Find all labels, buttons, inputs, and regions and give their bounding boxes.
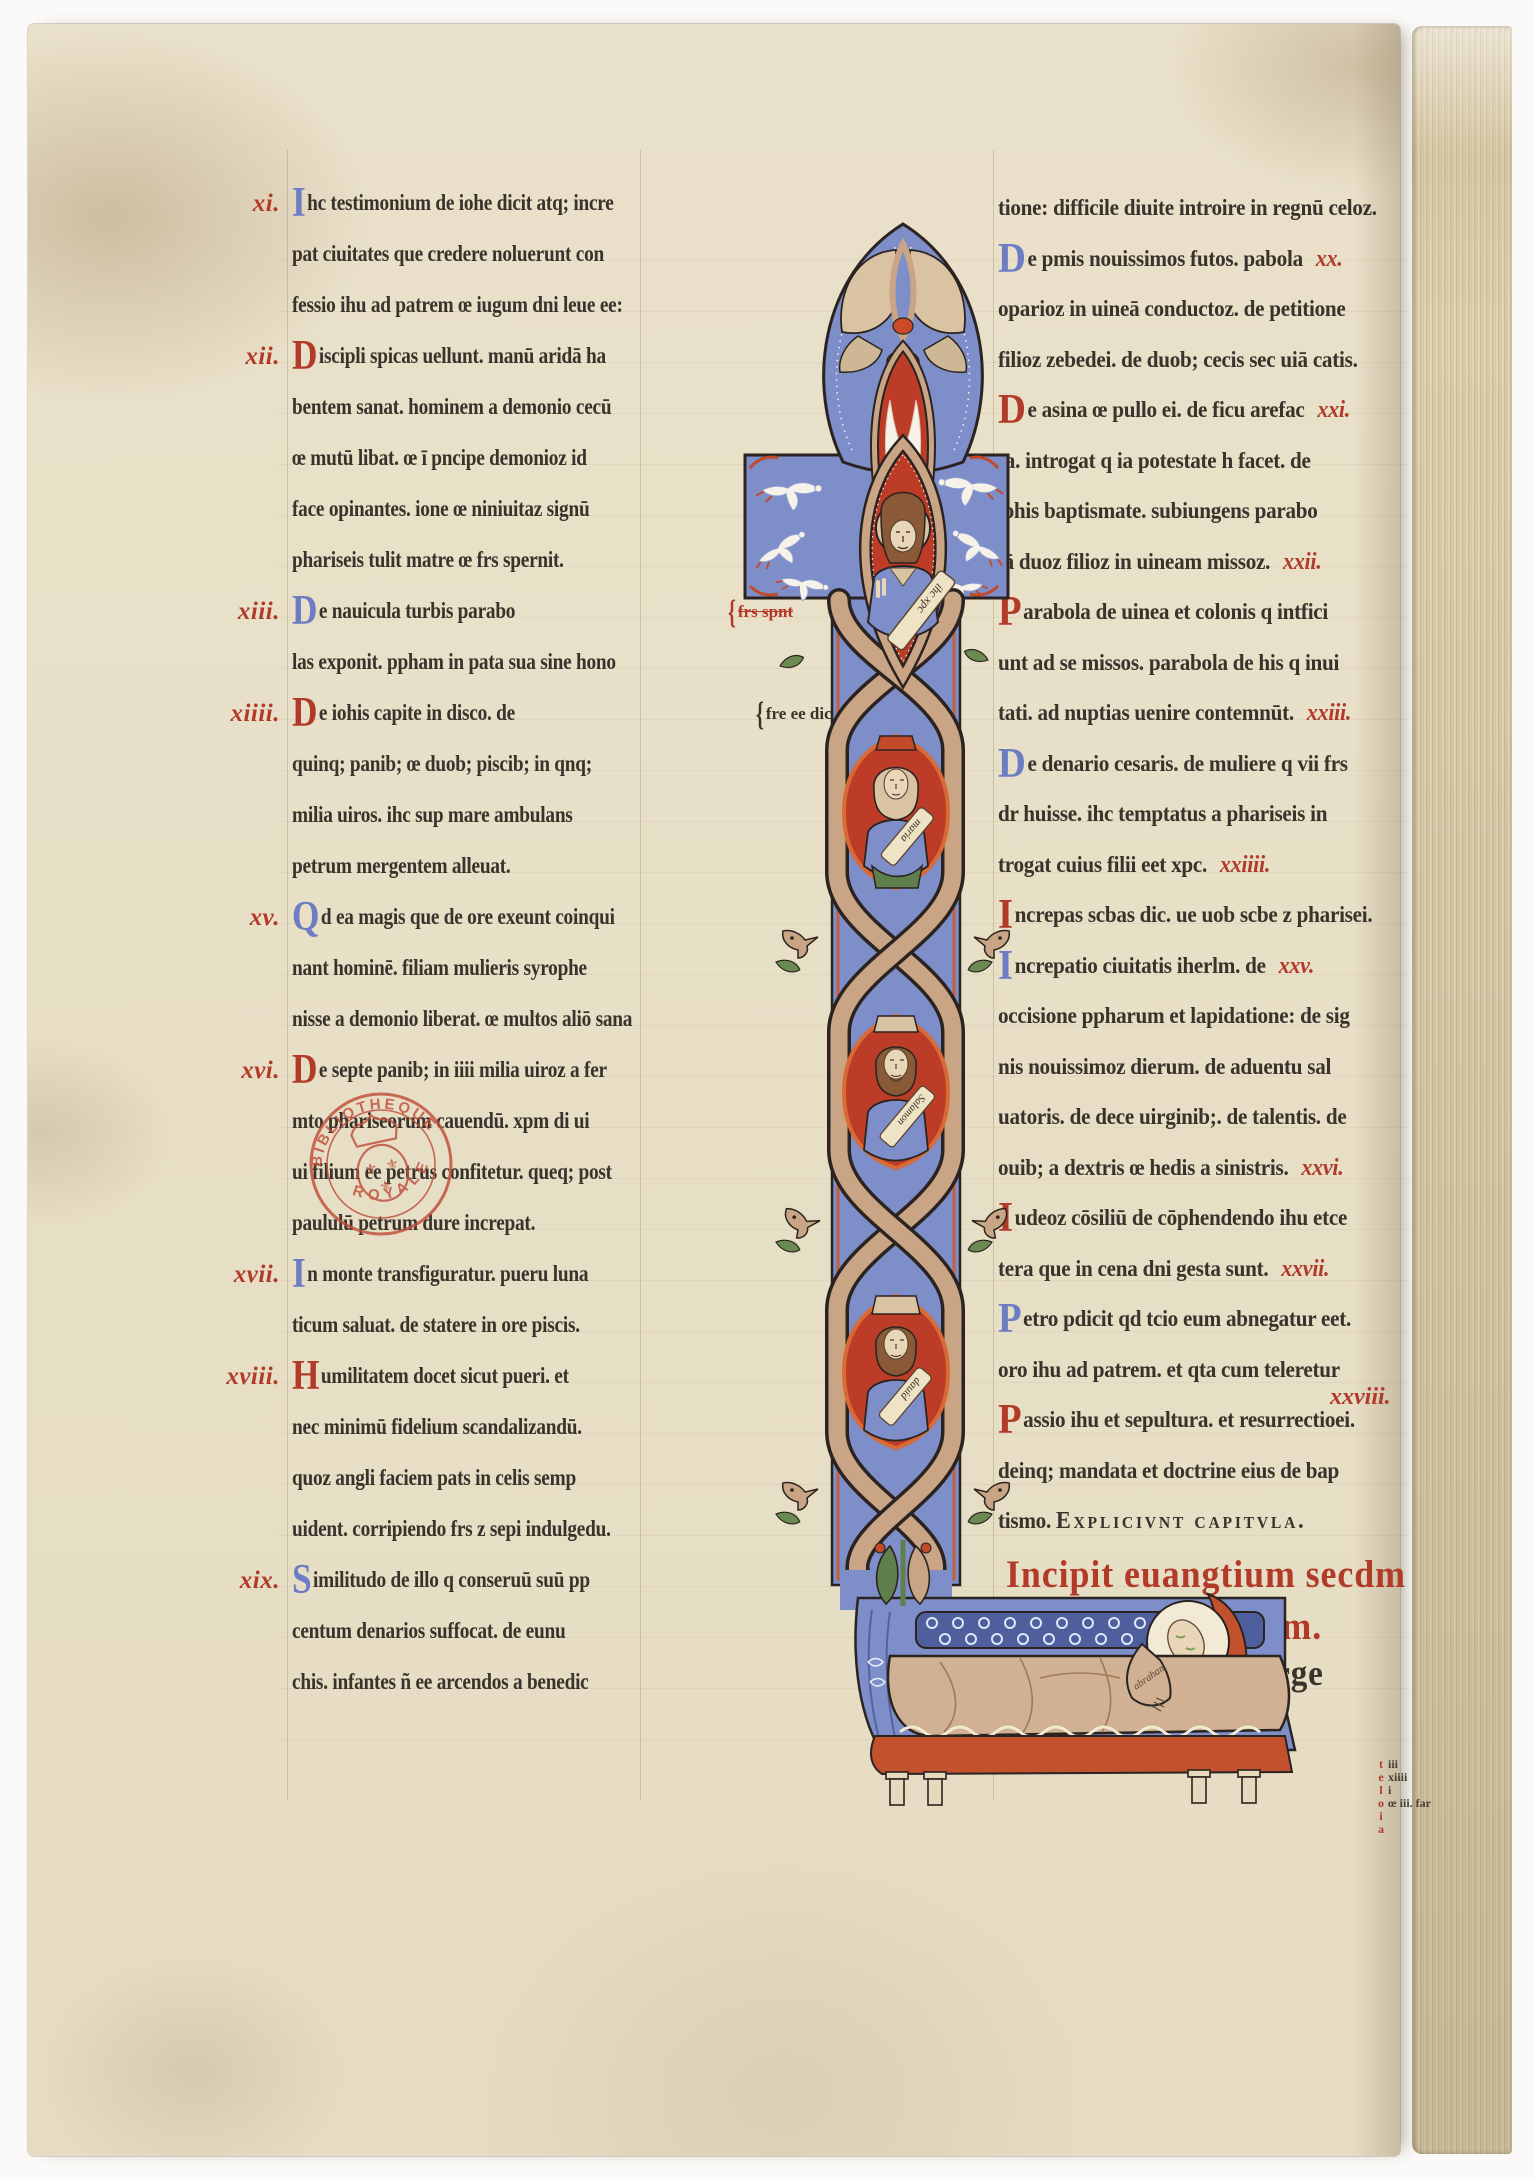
marginal-note-red-column: teloia <box>1378 1758 1384 1836</box>
bed-legs <box>886 1770 1260 1805</box>
marginal-note-glyph: a <box>1378 1823 1384 1836</box>
line-text: milia uiros. ihc sup mare ambulans <box>292 802 573 828</box>
capitulum-entry: xix.Similitudo de illo q conseruū suū pp <box>292 1567 647 1615</box>
line-text: Humilitatem docet sicut pueri. et <box>292 1363 569 1389</box>
text-line: uident. corripiendo frs z sepi indulgedu… <box>292 1516 671 1564</box>
line-text: face opinantes. ione œ niniuitaz signū <box>292 496 589 522</box>
line-text: nisse a demonio liberat. œ multos aliō s… <box>292 1006 632 1032</box>
text-line: nisse a demonio liberat. œ multos aliō s… <box>292 1006 697 1054</box>
crown <box>876 736 916 750</box>
svg-text:⚜: ⚜ <box>362 1159 379 1179</box>
colored-initial: D <box>292 588 317 634</box>
text-line: pat ciuitates que credere noluerunt con <box>292 241 663 289</box>
line-text: Discipli spicas uellunt. manū aridā ha <box>292 343 606 369</box>
text-line: milia uiros. ihc sup mare ambulans <box>292 802 626 850</box>
ruling-vertical-left <box>287 150 288 1800</box>
manuscript-photo: xi.Ihc testimonium de iohe dicit atq; in… <box>0 0 1535 2180</box>
medallion-david: dauid <box>844 1296 948 1448</box>
text-line: nec minimū fidelium scandalizandū. <box>292 1414 637 1462</box>
colored-initial: H <box>292 1353 319 1399</box>
line-text: œ mutū libat. œ ī pncipe demonioz id <box>292 445 587 471</box>
marginal-note-black-column: iiixiiiiiœ iii. far <box>1388 1758 1431 1836</box>
capitulum-entry: xiiii.De iohis capite in disco. de{fre e… <box>292 700 557 748</box>
colored-initial: I <box>292 180 305 226</box>
text-line: bentem sanat. hominem a demonio cecū <box>292 394 672 442</box>
chapter-numeral: xviii. <box>188 1363 280 1391</box>
capitulum-entry: xiii.De nauicula turbis parabo{frs spnt <box>292 598 558 646</box>
line-text: Qd ea magis que de ore exeunt coinqui <box>292 904 615 930</box>
line-text: nec minimū fidelium scandalizandū. <box>292 1414 582 1440</box>
colored-initial: D <box>292 333 317 379</box>
line-text: Similitudo de illo q conseruū suū pp <box>292 1567 590 1593</box>
marginal-note-glyph: œ iii. far <box>1388 1797 1431 1810</box>
marginal-note-glyph: xiiii <box>1388 1771 1431 1784</box>
bibliotheque-royale-stamp: ⚜ ⚜ ⚜ BIBLIOTHEQUE ROYALE <box>305 1088 457 1240</box>
line-text: ticum saluat. de statere in ore piscis. <box>292 1312 580 1338</box>
crown <box>874 1016 918 1032</box>
medallion-salomon: Salamon <box>844 1016 948 1168</box>
chapter-numeral: xi. <box>188 190 280 218</box>
chapter-numeral: xix. <box>188 1567 280 1595</box>
chapter-numeral: xiii. <box>188 598 280 626</box>
svg-text:⚜: ⚜ <box>384 1154 401 1174</box>
line-text: In monte transfiguratur. pueru luna <box>292 1261 588 1287</box>
line-text: quoz angli faciem pats in celis semp <box>292 1465 576 1491</box>
line-text: centum denarios suffocat. de eunu <box>292 1618 565 1644</box>
colored-initial: D <box>292 1047 317 1093</box>
text-line: nant hominē. filiam mulieris syrophe <box>292 955 643 1003</box>
capitulum-entry: xv.Qd ea magis que de ore exeunt coinqui <box>292 904 676 952</box>
capitulum-entry: xviii.Humilitatem docet sicut pueri. et <box>292 1363 621 1411</box>
text-line: fessio ihu ad patrem œ iugum dni leue ee… <box>292 292 686 340</box>
text-line: quoz angli faciem pats in celis semp <box>292 1465 630 1513</box>
chapter-numeral: xxiii. <box>1307 700 1351 726</box>
bed-frame <box>871 1736 1292 1774</box>
colored-initial: Q <box>292 894 319 940</box>
line-text: De iohis capite in disco. de <box>292 700 515 726</box>
crown <box>872 1296 920 1314</box>
line-text: petrum mergentem alleuat. <box>292 853 511 879</box>
jesse-tree-sprout <box>875 1540 931 1606</box>
text-line: chis. infantes ñ ee arcendos a benedic <box>292 1669 645 1717</box>
line-text: bentem sanat. hominem a demonio cecū <box>292 394 611 420</box>
text-line: phariseis tulit matre œ frs spernit. <box>292 547 616 595</box>
text-line: face opinantes. ione œ niniuitaz signū <box>292 496 646 544</box>
text-line: petrum mergentem alleuat. <box>292 853 552 901</box>
chapter-numeral: xx. <box>1316 246 1343 272</box>
colored-initial: I <box>292 1251 305 1297</box>
text-line: las exponit. ppham in pata sua sine hono <box>292 649 678 697</box>
text-line: centum denarios suffocat. de eunu <box>292 1618 618 1666</box>
chapter-numeral: xv. <box>188 904 280 932</box>
chapter-numeral: xii. <box>188 343 280 371</box>
line-text: quinq; panib; œ duob; piscib; in qnq; <box>292 751 592 777</box>
text-line: quinq; panib; œ duob; piscib; in qnq; <box>292 751 649 799</box>
medallion-maria: maria <box>844 736 948 888</box>
line-text: chis. infantes ñ ee arcendos a benedic <box>292 1669 589 1695</box>
blanket <box>888 1656 1289 1736</box>
marginal-note: teloia iiixiiiiiœ iii. far <box>1378 1758 1431 1836</box>
text-line: œ mutū libat. œ ī pncipe demonioz id <box>292 445 643 493</box>
line-text: De septe panib; in iiii milia uiroz a fe… <box>292 1057 607 1083</box>
initial-foot-bed: abraham <box>840 1540 1295 1805</box>
chapter-numeral: xvi. <box>188 1057 280 1085</box>
chapter-numeral: xiiii. <box>188 700 280 728</box>
chapter-numeral: xxi. <box>1317 397 1350 423</box>
chapter-numeral: xvii. <box>188 1261 280 1289</box>
line-text: nant hominē. filiam mulieris syrophe <box>292 955 587 981</box>
line-text: fessio ihu ad patrem œ iugum dni leue ee… <box>292 292 623 318</box>
illuminated-initial-L: ihc xpc maria Salamo <box>740 150 1310 1830</box>
capitulum-entry: xi.Ihc testimonium de iohe dicit atq; in… <box>292 190 675 238</box>
line-text: Ihc testimonium de iohe dicit atq; incre <box>292 190 614 216</box>
text-line: ticum saluat. de statere in ore piscis. <box>292 1312 635 1360</box>
colored-initial: S <box>292 1557 311 1603</box>
line-text: phariseis tulit matre œ frs spernit. <box>292 547 564 573</box>
line-text: De nauicula turbis parabo <box>292 598 515 624</box>
capitulum-entry: xvii.In monte transfiguratur. pueru luna <box>292 1261 645 1309</box>
line-text: uident. corripiendo frs z sepi indulgedu… <box>292 1516 611 1542</box>
colored-initial: D <box>292 690 317 736</box>
capitulum-entry: xii.Discipli spicas uellunt. manū aridā … <box>292 343 666 391</box>
line-text: pat ciuitates que credere noluerunt con <box>292 241 604 267</box>
line-text: las exponit. ppham in pata sua sine hono <box>292 649 616 675</box>
